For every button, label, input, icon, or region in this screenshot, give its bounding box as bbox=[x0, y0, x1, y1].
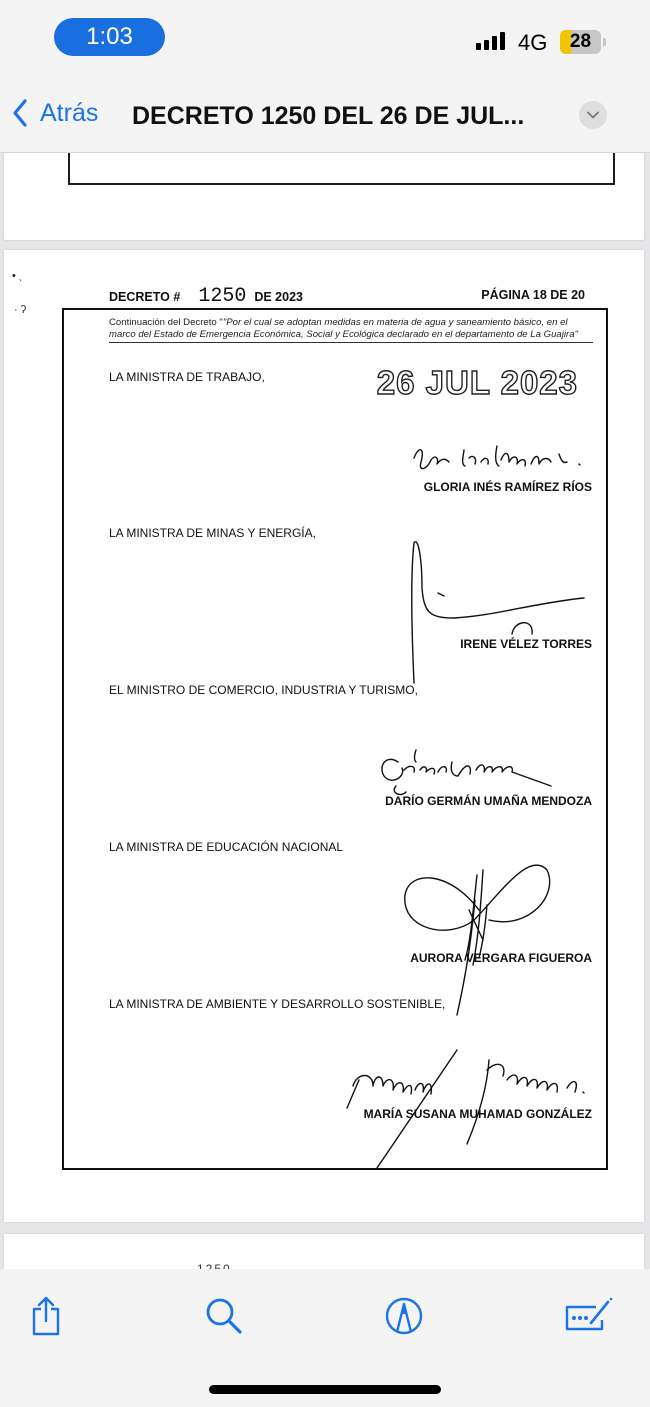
signatory-role: LA MINISTRA DE MINAS Y ENERGÍA, bbox=[109, 526, 316, 540]
title-menu-button[interactable] bbox=[579, 101, 607, 129]
fill-and-sign-button[interactable] bbox=[564, 1291, 614, 1341]
chevron-left-icon bbox=[12, 98, 28, 128]
search-button[interactable] bbox=[199, 1291, 249, 1341]
decreto-number: 1250 bbox=[198, 285, 246, 308]
status-bar: 1:03 4G 28 bbox=[0, 0, 650, 80]
scan-speck: • ˎ bbox=[12, 270, 23, 282]
current-page[interactable]: • ˎ · ʔ DECRETO # 1250 DE 2023 PÁGINA 18… bbox=[4, 250, 644, 1222]
next-page-fragment: 1250 bbox=[197, 1262, 232, 1269]
next-page[interactable]: 1250 bbox=[4, 1234, 644, 1269]
page-indicator: PÁGINA 18 DE 20 bbox=[481, 288, 585, 302]
battery-level: 28 bbox=[560, 30, 601, 54]
previous-page[interactable] bbox=[4, 153, 644, 240]
signatory-name: IRENE VÉLEZ TORRES bbox=[460, 637, 592, 651]
network-type: 4G bbox=[518, 30, 547, 56]
continuation-prefix: Continuación del Decreto " bbox=[109, 317, 223, 328]
signatory-role: LA MINISTRA DE TRABAJO, bbox=[109, 370, 265, 384]
back-button[interactable]: Atrás bbox=[12, 98, 98, 128]
home-indicator[interactable] bbox=[209, 1385, 441, 1394]
previous-page-frame bbox=[68, 153, 615, 185]
decreto-year: DE 2023 bbox=[254, 290, 303, 304]
signature-frame: Continuación del Decreto ""Por el cual s… bbox=[62, 308, 608, 1170]
navigation-bar: Atrás DECRETO 1250 DEL 26 DE JUL... bbox=[0, 86, 650, 148]
signature-mark bbox=[394, 538, 594, 688]
pdf-viewport[interactable]: • ˎ · ʔ DECRETO # 1250 DE 2023 PÁGINA 18… bbox=[0, 153, 650, 1269]
markup-button[interactable] bbox=[379, 1291, 429, 1341]
signatory-role: LA MINISTRA DE AMBIENTE Y DESARROLLO SOS… bbox=[109, 997, 445, 1011]
chevron-down-icon bbox=[587, 111, 599, 119]
signature-mark bbox=[409, 440, 599, 480]
decree-header: DECRETO # 1250 DE 2023 bbox=[109, 285, 303, 308]
continuation-text: Continuación del Decreto ""Por el cual s… bbox=[109, 317, 593, 343]
status-time[interactable]: 1:03 bbox=[54, 18, 165, 56]
signature-mark bbox=[399, 850, 559, 1020]
signatory-role: LA MINISTRA DE EDUCACIÓN NACIONAL bbox=[109, 840, 343, 854]
battery-tip bbox=[603, 38, 606, 46]
document-title[interactable]: DECRETO 1250 DEL 26 DE JUL... bbox=[132, 102, 524, 131]
battery-icon: 28 bbox=[560, 30, 601, 54]
signatory-name: DARÍO GERMÁN UMAÑA MENDOZA bbox=[385, 794, 592, 808]
share-icon bbox=[29, 1295, 63, 1337]
decreto-label: DECRETO # bbox=[109, 290, 180, 304]
back-label: Atrás bbox=[40, 99, 98, 128]
search-icon bbox=[204, 1296, 244, 1336]
fill-and-sign-icon bbox=[564, 1296, 614, 1336]
signatory-role: EL MINISTRO DE COMERCIO, INDUSTRIA Y TUR… bbox=[109, 683, 418, 697]
scan-speck: · ʔ bbox=[14, 304, 26, 316]
signatory-name: AURORA VERGARA FIGUEROA bbox=[410, 951, 592, 965]
cellular-signal-icon bbox=[476, 32, 505, 50]
share-button[interactable] bbox=[21, 1291, 71, 1341]
signature-mark bbox=[376, 742, 596, 797]
markup-pen-icon bbox=[384, 1296, 424, 1336]
signatory-name: GLORIA INÉS RAMÍREZ RÍOS bbox=[424, 480, 592, 494]
signatory-name: MARÍA SUSANA MUHAMAD GONZÁLEZ bbox=[364, 1107, 592, 1121]
date-stamp: 26 JUL 2023 bbox=[377, 364, 578, 402]
